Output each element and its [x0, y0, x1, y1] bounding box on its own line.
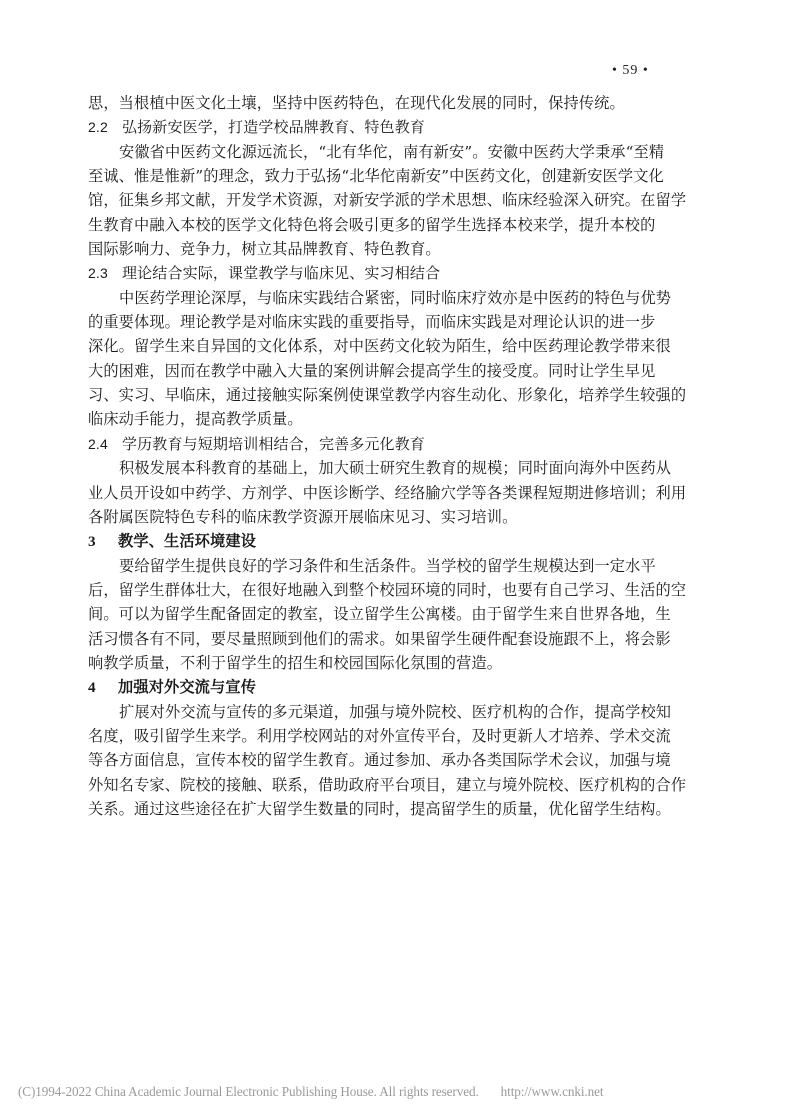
page-number: • 59 •	[612, 63, 649, 79]
subheading-title: 学历教育与短期培训相结合，完善多元化教育	[122, 435, 425, 453]
heading-section-4: 4加强对外交流与宣传	[88, 675, 710, 699]
body-line: 大的困难，因而在教学中融入大量的案例讲解会提高学生的接受度。同时让学生早见	[88, 359, 710, 383]
paragraph-first-line: 扩展对外交流与宣传的多元渠道，加强与境外院校、医疗机构的合作，提高学校知	[88, 700, 710, 724]
section-number: 4	[88, 676, 118, 700]
heading-title: 加强对外交流与宣传	[118, 678, 256, 696]
body-line: 响教学质量，不利于留学生的招生和校园国际化氛围的营造。	[88, 651, 710, 675]
body-line: 至诚、惟是惟新”的理念，致力于弘扬“北华佗南新安”中医药文化，创建新安医学文化	[88, 164, 710, 188]
body-line: 外知名专家、院校的接触、联系，借助政府平台项目，建立与境外院校、医疗机构的合作	[88, 773, 710, 797]
copyright-footer: (C)1994-2022 China Academic Journal Elec…	[18, 1084, 603, 1100]
paragraph-first-line: 中医药学理论深厚，与临床实践结合紧密，同时临床疗效亦是中医药的特色与优势	[88, 286, 710, 310]
subheading-2-3: 2.3理论结合实际，课堂教学与临床见、实习相结合	[88, 261, 710, 285]
heading-section-3: 3教学、生活环境建设	[88, 529, 710, 553]
body-line: 活习惯各有不同，要尽量照顾到他们的需求。如果留学生硬件配套设施跟不上，将会影	[88, 627, 710, 651]
body-line: 业人员开设如中药学、方剂学、中医诊断学、经络腧穴学等各类课程短期进修培训；利用	[88, 481, 710, 505]
body-line: 思，当根植中医文化土壤，坚持中医药特色，在现代化发展的同时，保持传统。	[88, 91, 710, 115]
copyright-text: (C)1994-2022 China Academic Journal Elec…	[18, 1084, 479, 1099]
subheading-2-4: 2.4学历教育与短期培训相结合，完善多元化教育	[88, 432, 710, 456]
section-number: 2.3	[88, 261, 122, 285]
body-line: 生教育中融入本校的医学文化特色将会吸引更多的留学生选择本校来学，提升本校的	[88, 213, 710, 237]
body-line: 馆，征集乡邦文献，开发学术资源，对新安学派的学术思想、临床经验深入研究。在留学	[88, 188, 710, 212]
body-line: 各附属医院特色专科的临床教学资源开展临床见习、实习培训。	[88, 505, 710, 529]
body-line: 后，留学生群体壮大，在很好地融入到整个校园环境的同时，也要有自己学习、生活的空	[88, 578, 710, 602]
body-line: 关系。通过这些途径在扩大留学生数量的同时，提高留学生的质量，优化留学生结构。	[88, 797, 710, 821]
body-line: 等各方面信息，宣传本校的留学生教育。通过参加、承办各类国际学术会议，加强与境	[88, 748, 710, 772]
cnki-link[interactable]: http://www.cnki.net	[501, 1084, 604, 1099]
subheading-title: 理论结合实际，课堂教学与临床见、实习相结合	[122, 264, 440, 282]
heading-title: 教学、生活环境建设	[118, 532, 256, 550]
body-line: 临床动手能力，提高教学质量。	[88, 407, 710, 431]
section-number: 2.2	[88, 115, 122, 139]
paragraph-first-line: 积极发展本科教育的基础上，加大硕士研究生教育的规模；同时面向海外中医药从	[88, 456, 710, 480]
paragraph-first-line: 安徽省中医药文化源远流长，“北有华佗，南有新安”。安徽中医药大学秉承“至精	[88, 140, 710, 164]
paragraph-first-line: 要给留学生提供良好的学习条件和生活条件。当学校的留学生规模达到一定水平	[88, 554, 710, 578]
body-line: 的重要体现。理论教学是对临床实践的重要指导，而临床实践是对理论认识的进一步	[88, 310, 710, 334]
subheading-title: 弘扬新安医学，打造学校品牌教育、特色教育	[122, 118, 425, 136]
body-line: 习、实习、早临床，通过接触实际案例使课堂教学内容生动化、形象化，培养学生较强的	[88, 383, 710, 407]
body-line: 深化。留学生来自异国的文化体系，对中医药文化较为陌生，给中医药理论教学带来很	[88, 334, 710, 358]
article-body: 思，当根植中医文化土壤，坚持中医药特色，在现代化发展的同时，保持传统。 2.2弘…	[88, 91, 710, 821]
subheading-2-2: 2.2弘扬新安医学，打造学校品牌教育、特色教育	[88, 115, 710, 139]
body-line: 国际影响力、竞争力，树立其品牌教育、特色教育。	[88, 237, 710, 261]
section-number: 2.4	[88, 432, 122, 456]
section-number: 3	[88, 530, 118, 554]
body-line: 间。可以为留学生配备固定的教室，设立留学生公寓楼。由于留学生来自世界各地，生	[88, 602, 710, 626]
body-line: 名度，吸引留学生来学。利用学校网站的对外宣传平台，及时更新人才培养、学术交流	[88, 724, 710, 748]
